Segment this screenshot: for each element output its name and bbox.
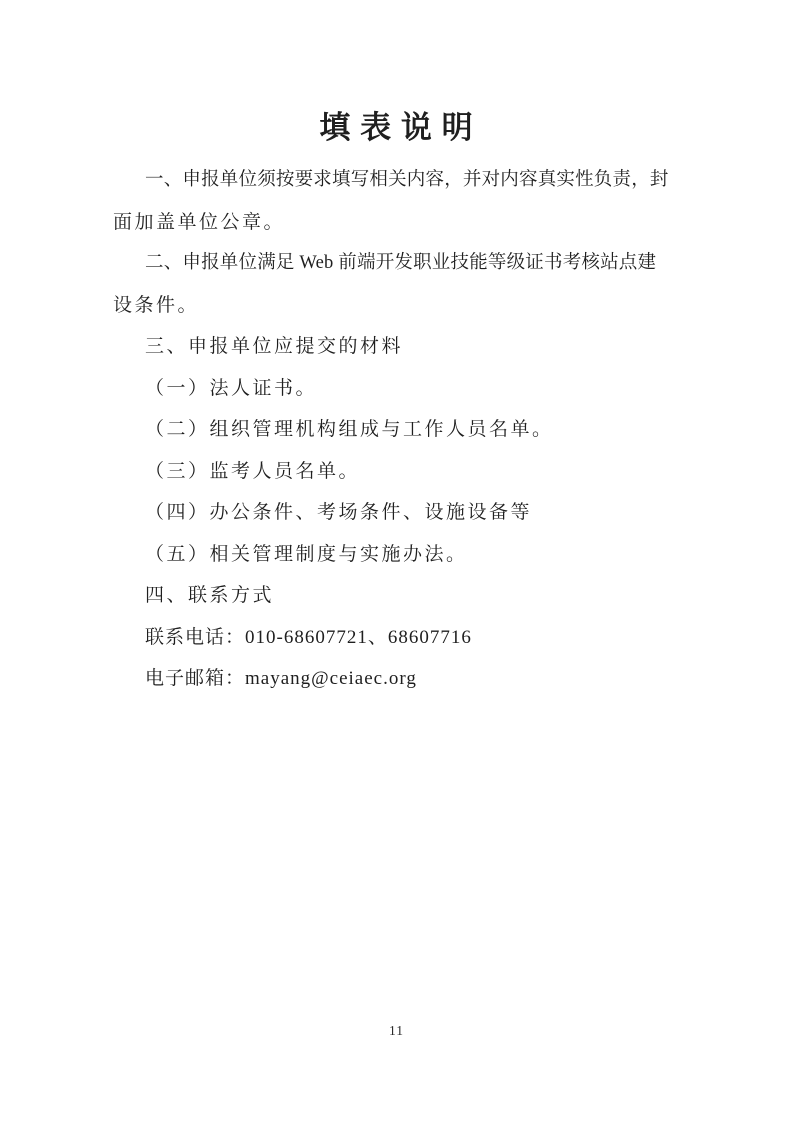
material-item-5: （五）相关管理制度与实施办法。 <box>113 534 667 576</box>
para3-heading: 三、申报单位应提交的材料 <box>113 326 667 368</box>
para1-line1: 一、申报单位须按要求填写相关内容，并对内容真实性负责，封 <box>113 160 667 202</box>
document-body: 一、申报单位须按要求填写相关内容，并对内容真实性负责，封 面加盖单位公章。 二、… <box>113 160 667 700</box>
material-item-3: （三）监考人员名单。 <box>113 451 667 493</box>
page-number: 11 <box>0 1023 793 1039</box>
para2-line1: 二、申报单位满足 Web 前端开发职业技能等级证书考核站点建 <box>113 243 667 285</box>
para4-heading: 四、联系方式 <box>113 575 667 617</box>
material-item-1: （一）法人证书。 <box>113 368 667 410</box>
contact-email-line: 电子邮箱：mayang@ceiaec.org <box>113 658 667 700</box>
material-item-2: （二）组织管理机构组成与工作人员名单。 <box>113 409 667 451</box>
para2-line2: 设条件。 <box>113 285 667 327</box>
para1-line2: 面加盖单位公章。 <box>113 202 667 244</box>
contact-phone-line: 联系电话：010-68607721、68607716 <box>113 617 667 659</box>
page-title: 填 表 说 明 <box>0 102 793 147</box>
material-item-4: （四）办公条件、考场条件、设施设备等 <box>113 492 667 534</box>
document-page: 填 表 说 明 一、申报单位须按要求填写相关内容，并对内容真实性负责，封 面加盖… <box>0 0 793 1122</box>
